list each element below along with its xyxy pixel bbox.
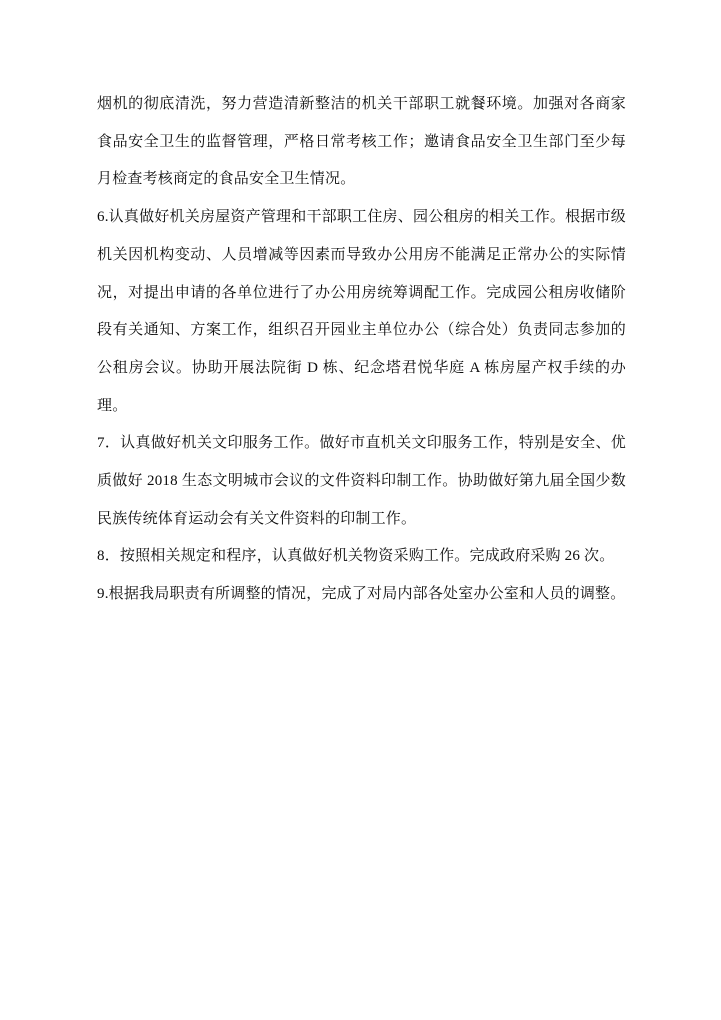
paragraph-item-7-printing-service: 7．认真做好机关文印服务工作。做好市直机关文印服务工作，特别是安全、优质做好 2… xyxy=(97,425,626,538)
paragraph-item-9-staff-adjustment: 9.根据我局职责有所调整的情况，完成了对局内部各处室办公室和人员的调整。 xyxy=(97,576,626,614)
document-page: 烟机的彻底清洗，努力营造清新整洁的机关干部职工就餐环境。加强对各商家食品安全卫生… xyxy=(0,0,721,1020)
paragraph-canteen-hygiene: 烟机的彻底清洗，努力营造清新整洁的机关干部职工就餐环境。加强对各商家食品安全卫生… xyxy=(97,86,626,199)
document-text-block: 烟机的彻底清洗，努力营造清新整洁的机关干部职工就餐环境。加强对各商家食品安全卫生… xyxy=(97,86,626,614)
paragraph-item-8-procurement: 8．按照相关规定和程序，认真做好机关物资采购工作。完成政府采购 26 次。 xyxy=(97,538,626,576)
paragraph-item-6-housing-assets: 6.认真做好机关房屋资产管理和干部职工住房、园公租房的相关工作。根据市级机关因机… xyxy=(97,199,626,425)
